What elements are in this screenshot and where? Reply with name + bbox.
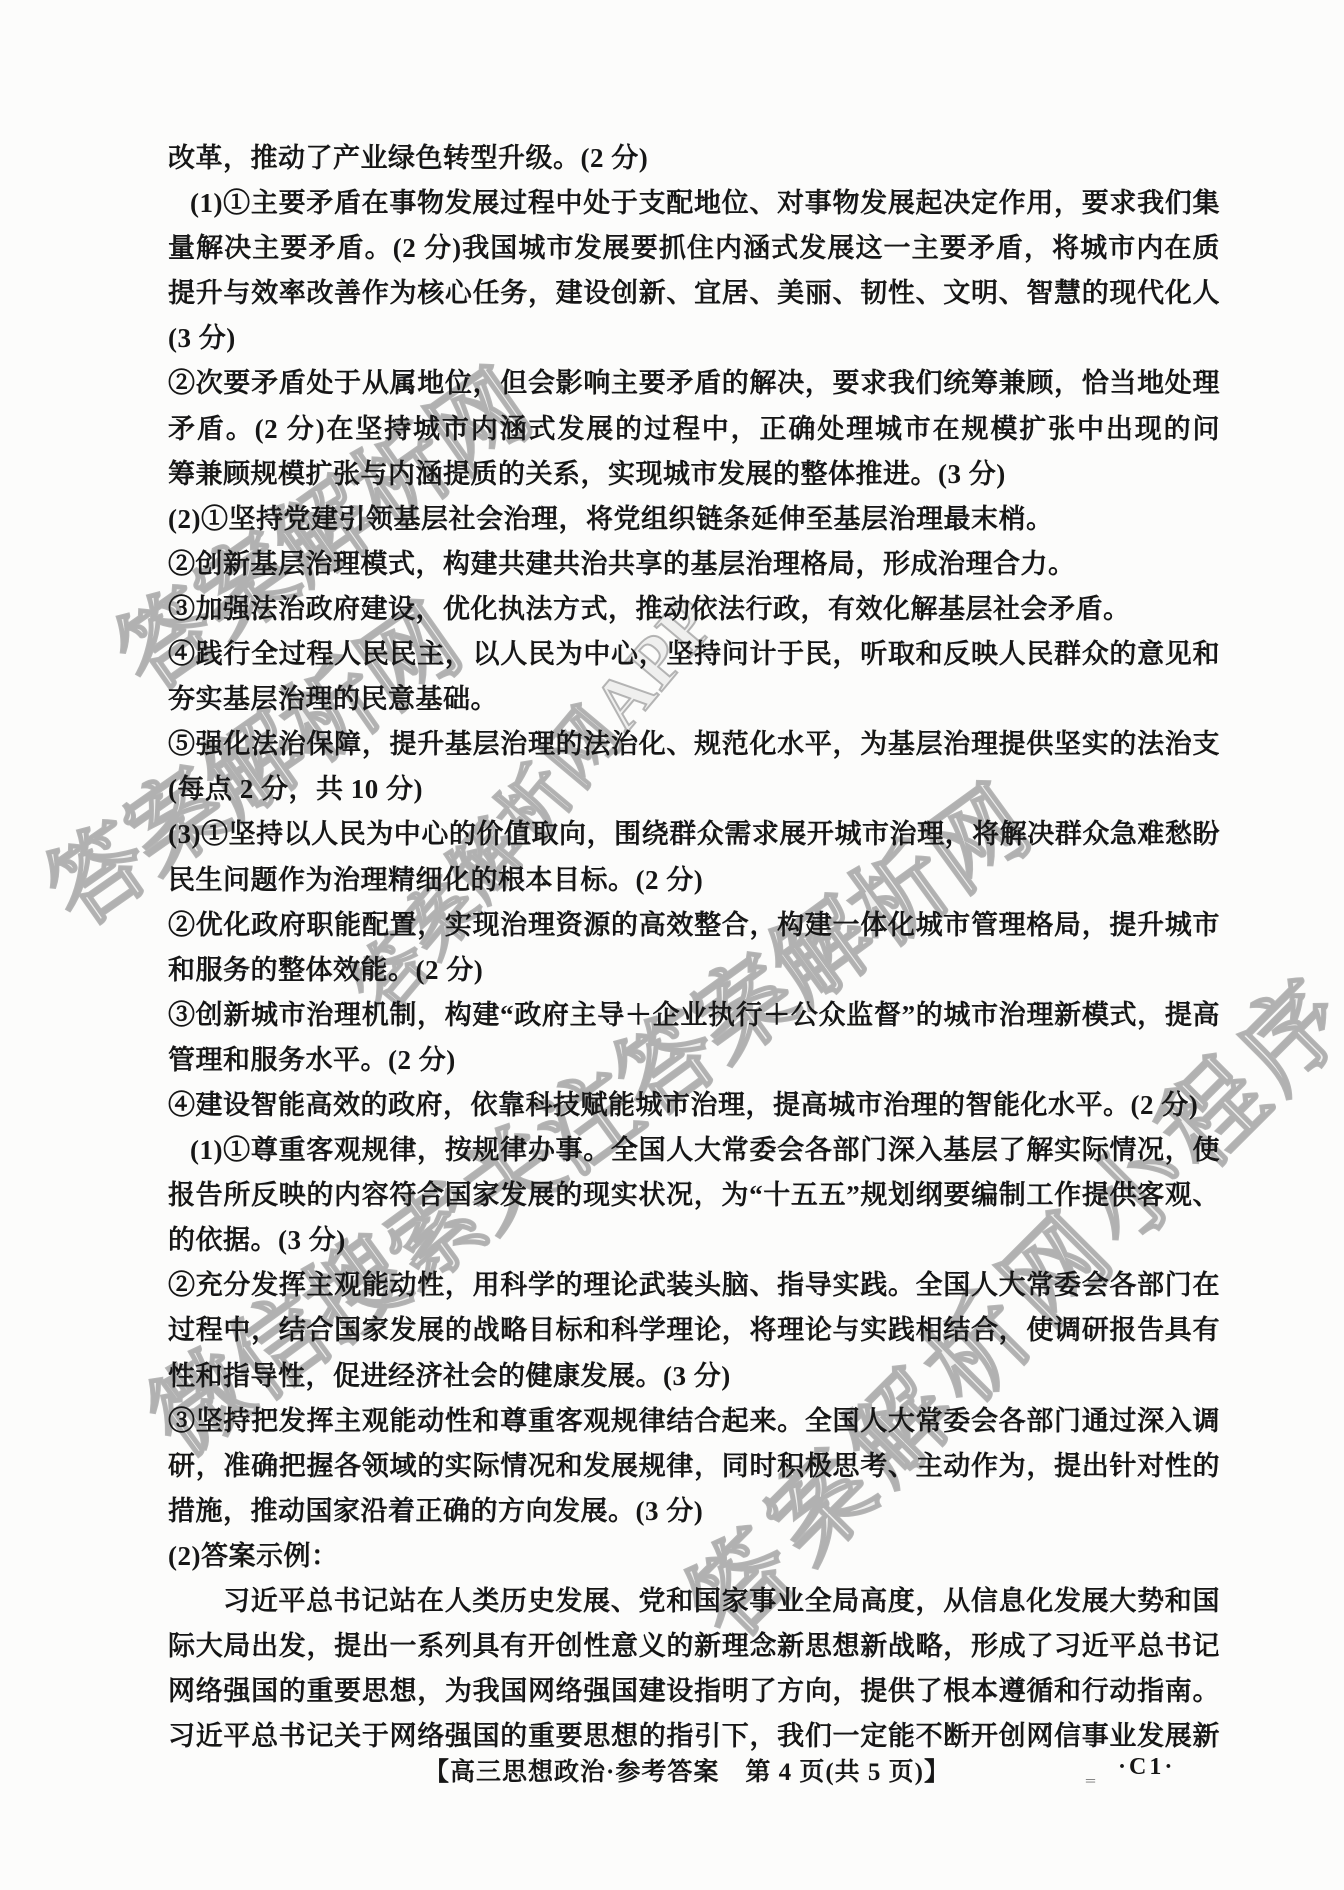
text-line: 18.(1)①主要矛盾在事物发展过程中处于支配地位、对事物发展起决定作用，要求我… bbox=[168, 181, 1220, 226]
line-text: (1)①尊重客观规律，按规律办事。全国人大常委会各部门深入基层了解实际情况，使调… bbox=[190, 1135, 1220, 1173]
line-text: ②创新基层治理模式，构建共建共治共享的基层治理格局，形成治理合力。 bbox=[168, 549, 1076, 579]
text-line: 夯实基层治理的民意基础。 bbox=[168, 677, 1220, 722]
text-line: (2)答案示例： bbox=[168, 1534, 1220, 1579]
text-line: (3 分) bbox=[168, 316, 1220, 361]
line-text: ③坚持把发挥主观能动性和尊重客观规律结合起来。全国人大常委会各部门通过深入调 bbox=[168, 1406, 1220, 1436]
line-text: ④践行全过程人民民主，以人民为中心，坚持问计于民，听取和反映人民群众的意见和建议… bbox=[168, 639, 1220, 677]
line-text: ②充分发挥主观能动性，用科学的理论武装头脑、指导实践。全国人大常委会各部门在调研 bbox=[168, 1270, 1220, 1308]
text-line: ②优化政府职能配置，实现治理资源的高效整合，构建一体化城市管理格局，提升城市管理 bbox=[168, 903, 1220, 948]
line-text: ②次要矛盾处于从属地位，但会影响主要矛盾的解决，要求我们统筹兼顾，恰当地处理次要 bbox=[168, 368, 1220, 406]
line-text: ⑤强化法治保障，提升基层治理的法治化、规范化水平，为基层治理提供坚实的法治支撑。 bbox=[168, 729, 1220, 767]
text-line: 习近平总书记站在人类历史发展、党和国家事业全局高度，从信息化发展大势和国内国 bbox=[168, 1579, 1220, 1624]
text-line: 的依据。(3 分) bbox=[168, 1218, 1220, 1263]
text-line: 际大局出发，提出一系列具有开创性意义的新理念新思想新战略，形成了习近平总书记关于 bbox=[168, 1624, 1220, 1669]
question-number: 19. bbox=[168, 1128, 169, 1173]
line-text: 夯实基层治理的民意基础。 bbox=[168, 684, 498, 714]
line-text: 管理和服务水平。(2 分) bbox=[168, 1045, 456, 1075]
text-line: (2)①坚持党建引领基层社会治理，将党组织链条延伸至基层治理最末梢。 bbox=[168, 497, 1220, 542]
line-text: 和服务的整体效能。(2 分) bbox=[168, 955, 483, 985]
line-text: 矛盾。(2 分)在坚持城市内涵式发展的过程中，正确处理城市在规模扩张中出现的问题… bbox=[168, 414, 1220, 452]
text-line: 量解决主要矛盾。(2 分)我国城市发展要抓住内涵式发展这一主要矛盾，将城市内在质… bbox=[168, 226, 1220, 271]
text-line: ③创新城市治理机制，构建“政府主导＋企业执行＋公众监督”的城市治理新模式，提高城… bbox=[168, 993, 1220, 1038]
text-line: 措施，推动国家沿着正确的方向发展。(3 分) bbox=[168, 1489, 1220, 1534]
line-text: 改革，推动了产业绿色转型升级。(2 分) bbox=[168, 143, 648, 173]
line-text: 际大局出发，提出一系列具有开创性意义的新理念新思想新战略，形成了习近平总书记关于 bbox=[168, 1631, 1220, 1669]
line-text: (3 分) bbox=[168, 323, 236, 353]
line-text: 报告所反映的内容符合国家发展的现实状况，为“十五五”规划纲要编制工作提供客观、真… bbox=[168, 1180, 1220, 1218]
text-line: 提升与效率改善作为核心任务，建设创新、宜居、美丽、韧性、文明、智慧的现代化人民城… bbox=[168, 271, 1220, 316]
text-line: ②次要矛盾处于从属地位，但会影响主要矛盾的解决，要求我们统筹兼顾，恰当地处理次要 bbox=[168, 361, 1220, 406]
line-text: (2)答案示例： bbox=[168, 1541, 338, 1571]
line-text: (每点 2 分，共 10 分) bbox=[168, 774, 423, 804]
line-text: (3)①坚持以人民为中心的价值取向，围绕群众需求展开城市治理，将解决群众急难愁盼… bbox=[168, 819, 1220, 857]
text-line: ③加强法治政府建设，优化执法方式，推动依法行政，有效化解基层社会矛盾。 bbox=[168, 587, 1220, 632]
line-text: 性和指导性，促进经济社会的健康发展。(3 分) bbox=[168, 1361, 731, 1391]
line-text: 民生问题作为治理精细化的根本目标。(2 分) bbox=[168, 865, 703, 895]
line-text: 的依据。(3 分) bbox=[168, 1225, 346, 1255]
text-line: 和服务的整体效能。(2 分) bbox=[168, 948, 1220, 993]
line-text: 习近平总书记站在人类历史发展、党和国家事业全局高度，从信息化发展大势和国内国 bbox=[223, 1586, 1220, 1624]
text-line: 民生问题作为治理精细化的根本目标。(2 分) bbox=[168, 858, 1220, 903]
line-text: 量解决主要矛盾。(2 分)我国城市发展要抓住内涵式发展这一主要矛盾，将城市内在质… bbox=[168, 233, 1220, 271]
text-line: ②充分发挥主观能动性，用科学的理论武装头脑、指导实践。全国人大常委会各部门在调研 bbox=[168, 1263, 1220, 1308]
text-line: 网络强国的重要思想，为我国网络强国建设指明了方向，提供了根本遵循和行动指南。在 bbox=[168, 1669, 1220, 1714]
text-line: 研，准确把握各领域的实际情况和发展规律，同时积极思考、主动作为，提出针对性的建议… bbox=[168, 1444, 1220, 1489]
line-text: (2)①坚持党建引领基层社会治理，将党组织链条延伸至基层治理最末梢。 bbox=[168, 504, 1053, 534]
line-text: 提升与效率改善作为核心任务，建设创新、宜居、美丽、韧性、文明、智慧的现代化人民城… bbox=[168, 278, 1220, 316]
text-line: ③坚持把发挥主观能动性和尊重客观规律结合起来。全国人大常委会各部门通过深入调 bbox=[168, 1399, 1220, 1444]
line-text: (1)①主要矛盾在事物发展过程中处于支配地位、对事物发展起决定作用，要求我们集中… bbox=[190, 188, 1220, 226]
line-text: 措施，推动国家沿着正确的方向发展。(3 分) bbox=[168, 1496, 703, 1526]
line-text: ③创新城市治理机制，构建“政府主导＋企业执行＋公众监督”的城市治理新模式，提高城… bbox=[168, 1000, 1220, 1038]
text-line: 性和指导性，促进经济社会的健康发展。(3 分) bbox=[168, 1354, 1220, 1399]
text-line: 19.(1)①尊重客观规律，按规律办事。全国人大常委会各部门深入基层了解实际情况… bbox=[168, 1128, 1220, 1173]
line-text: 研，准确把握各领域的实际情况和发展规律，同时积极思考、主动作为，提出针对性的建议… bbox=[168, 1451, 1220, 1489]
text-line: 管理和服务水平。(2 分) bbox=[168, 1038, 1220, 1083]
line-text: ③加强法治政府建设，优化执法方式，推动依法行政，有效化解基层社会矛盾。 bbox=[168, 594, 1131, 624]
line-text: ②优化政府职能配置，实现治理资源的高效整合，构建一体化城市管理格局，提升城市管理 bbox=[168, 910, 1220, 948]
line-text: ④建设智能高效的政府，依靠科技赋能城市治理，提高城市治理的智能化水平。(2 分) bbox=[168, 1090, 1198, 1120]
text-line: ④建设智能高效的政府，依靠科技赋能城市治理，提高城市治理的智能化水平。(2 分) bbox=[168, 1083, 1220, 1128]
text-line: 矛盾。(2 分)在坚持城市内涵式发展的过程中，正确处理城市在规模扩张中出现的问题… bbox=[168, 407, 1220, 452]
print-artifact: ‗ bbox=[1086, 1762, 1095, 1783]
text-line: 改革，推动了产业绿色转型升级。(2 分) bbox=[168, 136, 1220, 181]
text-line: ④践行全过程人民民主，以人民为中心，坚持问计于民，听取和反映人民群众的意见和建议… bbox=[168, 632, 1220, 677]
text-line: ②创新基层治理模式，构建共建共治共享的基层治理格局，形成治理合力。 bbox=[168, 542, 1220, 587]
text-line: 过程中，结合国家发展的战略目标和科学理论，将理论与实践相结合，使调研报告具有前瞻 bbox=[168, 1308, 1220, 1353]
text-line: 报告所反映的内容符合国家发展的现实状况，为“十五五”规划纲要编制工作提供客观、真… bbox=[168, 1173, 1220, 1218]
text-line: (每点 2 分，共 10 分) bbox=[168, 767, 1220, 812]
question-number: 18. bbox=[168, 181, 169, 226]
line-text: 过程中，结合国家发展的战略目标和科学理论，将理论与实践相结合，使调研报告具有前瞻 bbox=[168, 1315, 1220, 1353]
line-text: 筹兼顾规模扩张与内涵提质的关系，实现城市发展的整体推进。(3 分) bbox=[168, 459, 1006, 489]
text-line: (3)①坚持以人民为中心的价值取向，围绕群众需求展开城市治理，将解决群众急难愁盼… bbox=[168, 812, 1220, 857]
text-line: 筹兼顾规模扩张与内涵提质的关系，实现城市发展的整体推进。(3 分) bbox=[168, 452, 1220, 497]
text-line: ⑤强化法治保障，提升基层治理的法治化、规范化水平，为基层治理提供坚实的法治支撑。 bbox=[168, 722, 1220, 767]
footer-code: ·C1· bbox=[1118, 1754, 1175, 1781]
answer-sheet-page: 答案解析网答案解析网APP答案解析网微信搜索关注答案解析网答案解析网小程序 改革… bbox=[0, 0, 1344, 1890]
footer-title: 【高三思想政治·参考答案 第 4 页(共 5 页)】 bbox=[424, 1752, 950, 1788]
line-text: 网络强国的重要思想，为我国网络强国建设指明了方向，提供了根本遵循和行动指南。在 bbox=[168, 1676, 1220, 1714]
document-body: 改革，推动了产业绿色转型升级。(2 分)18.(1)①主要矛盾在事物发展过程中处… bbox=[0, 136, 1344, 1759]
